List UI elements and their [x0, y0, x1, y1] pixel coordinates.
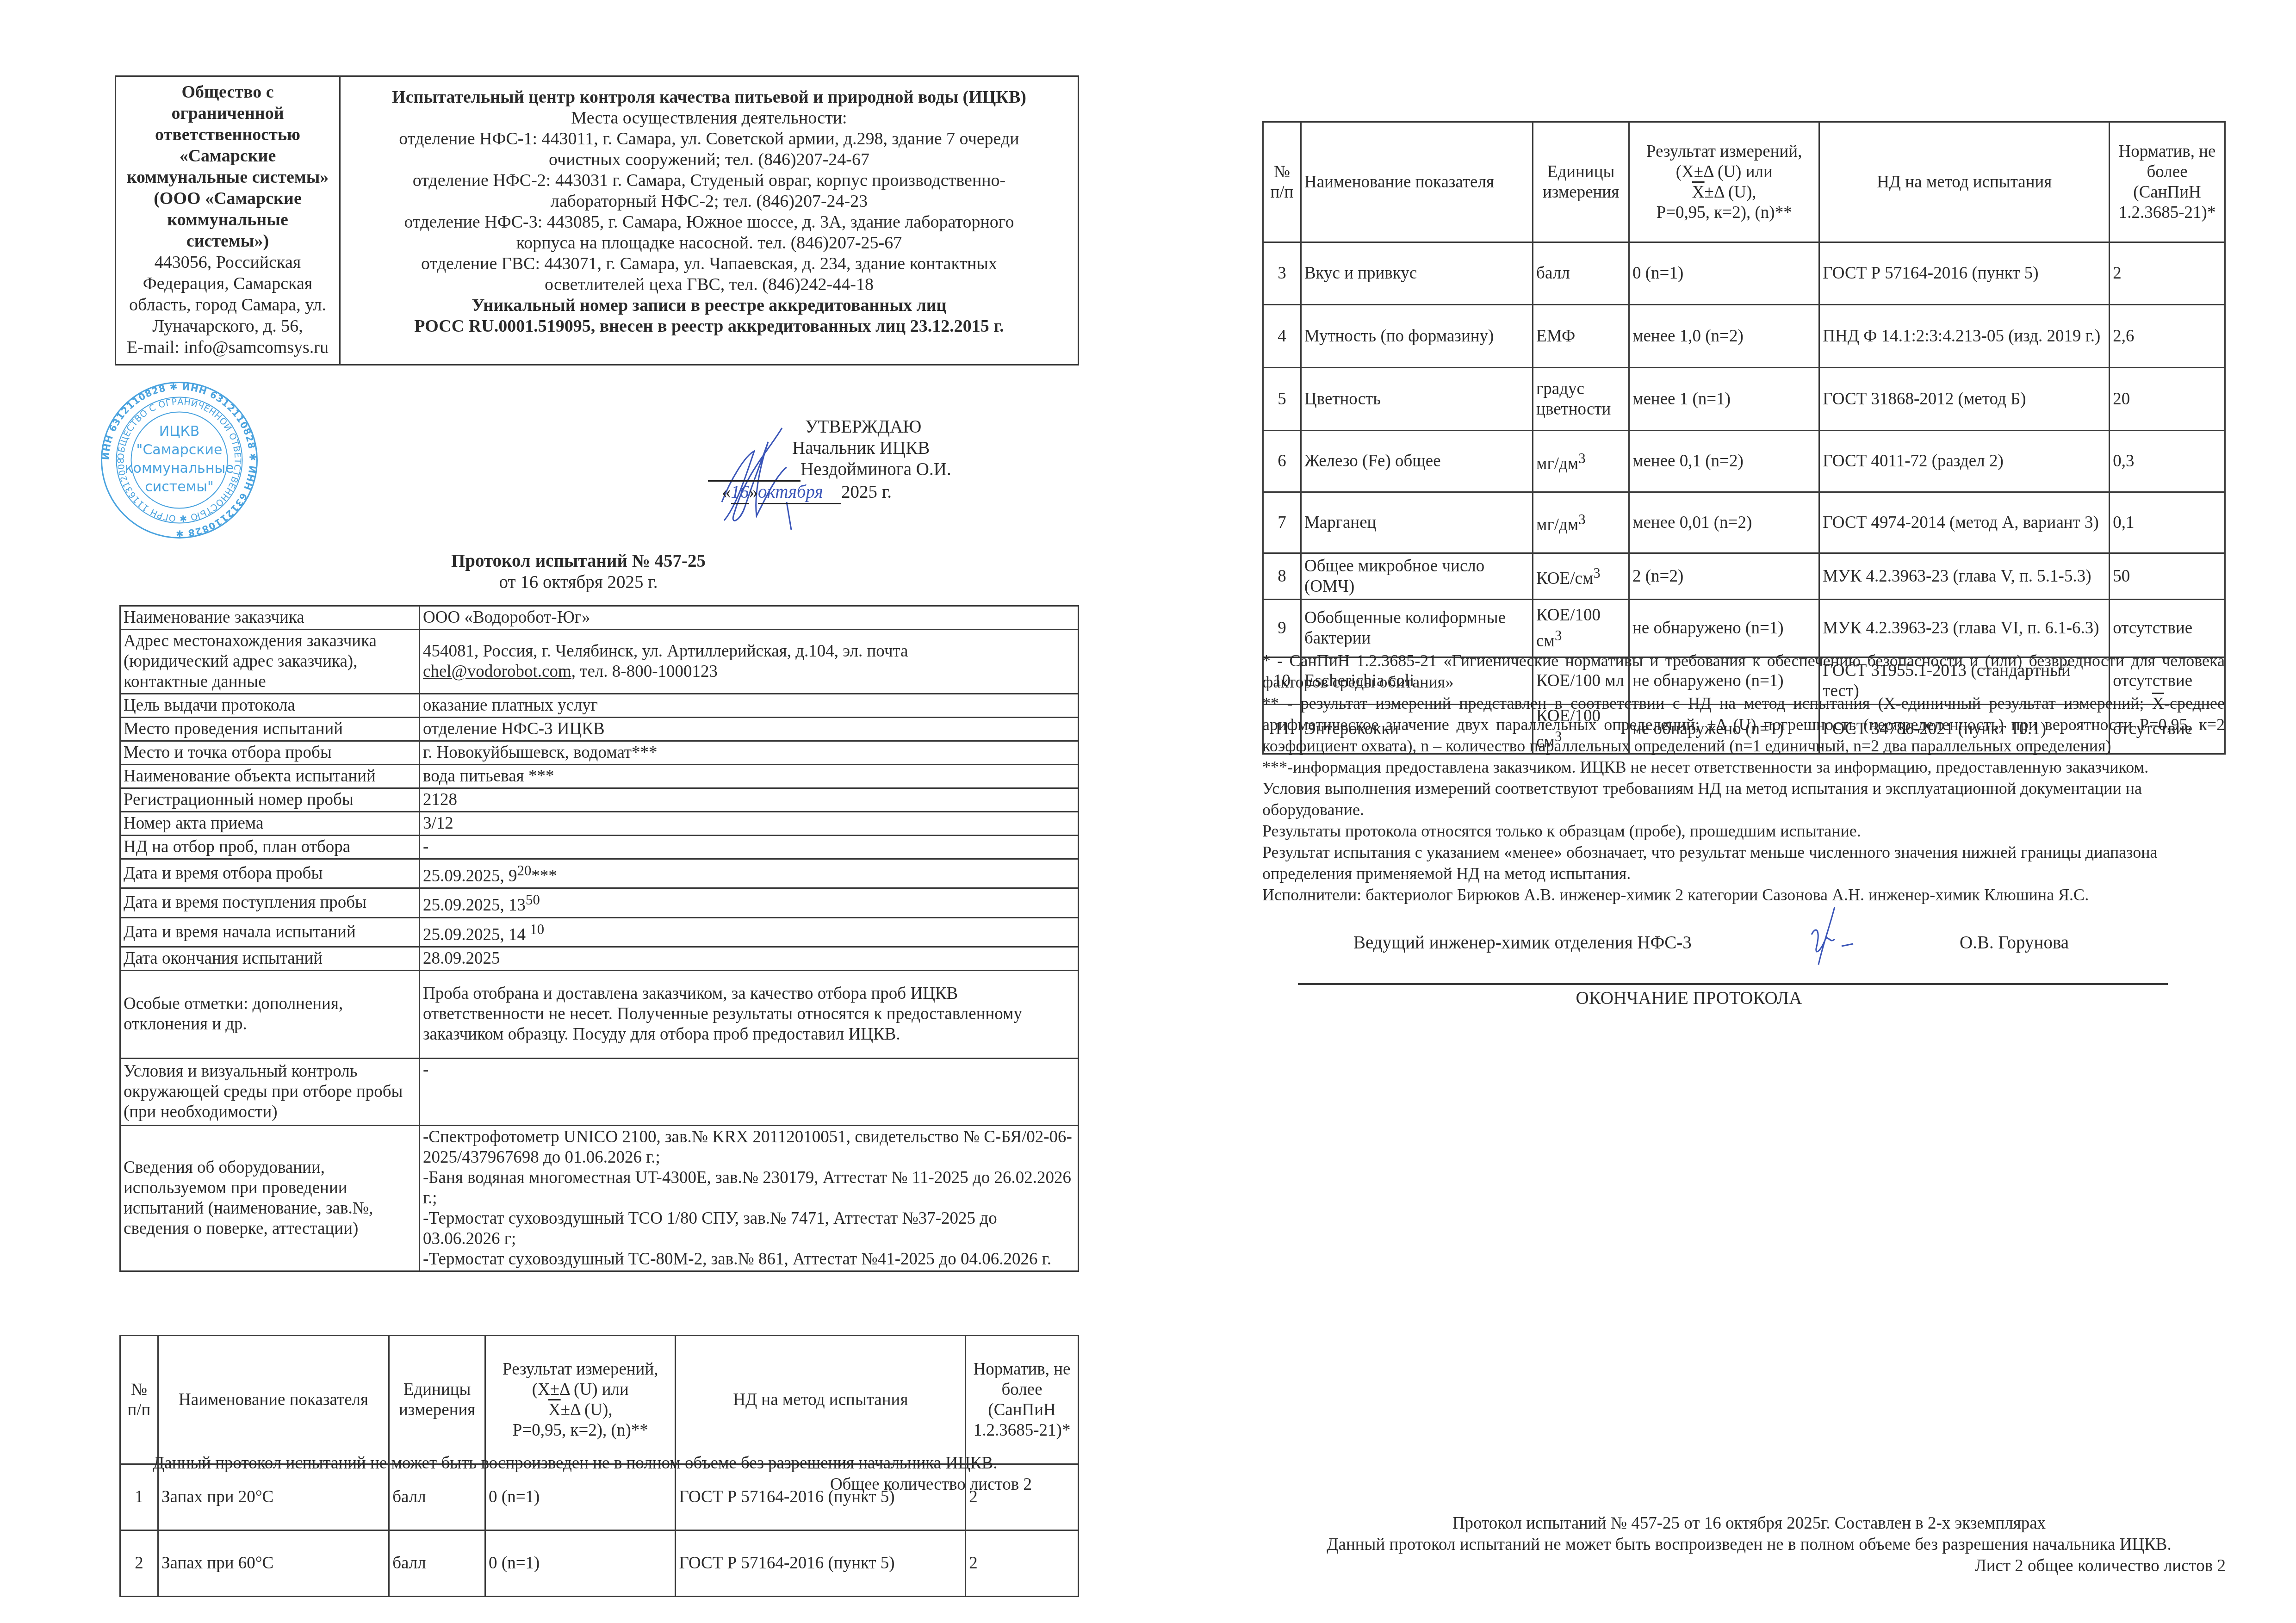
protocol-date: от 16 октября 2025 г. — [324, 572, 833, 593]
org-name-line: ответственностью — [155, 125, 300, 144]
approval-year: 2025 г. — [841, 482, 892, 502]
org-address-line: Федерация, Самарская — [143, 274, 313, 293]
org-address-line: 443056, Российская — [155, 253, 301, 272]
lab-subtitle: Места осуществления деятельности: — [350, 108, 1068, 129]
letterhead-box: Общество с ограниченной ответственностью… — [115, 75, 1079, 365]
equipment-item: -Спектрофотометр UNICO 2100, зав.№ KRX 2… — [423, 1127, 1075, 1168]
signer-name: О.В. Горунова — [1960, 932, 2069, 954]
location-line: осветлителей цеха ГВС, тел. (846)242-44-… — [350, 274, 1068, 295]
table-header-row: № п/п Наименование показателя Единицы из… — [1263, 122, 2225, 242]
note-less-than: Результат испытания с указанием «менее» … — [1262, 842, 2225, 884]
copies-notice: Протокол испытаний № 457-25 от 16 октябр… — [1272, 1513, 2226, 1534]
note-executors: Исполнители: бактериолог Бирюков А.В. ин… — [1262, 884, 2225, 905]
protocol-number: Протокол испытаний № 457-25 — [324, 551, 833, 572]
lab-title: Испытательный центр контроля качества пи… — [350, 87, 1068, 108]
location-line: отделение НФС-2: 443031 г. Самара, Студе… — [350, 170, 1068, 191]
sheet-number: Лист 2 общее количество листов 2 — [1272, 1555, 2226, 1577]
table-row: 7Марганецмг/дм3менее 0,01 (n=2)ГОСТ 4974… — [1263, 492, 2225, 553]
note-conditions: Условия выполнения измерений соответству… — [1262, 778, 2225, 820]
table-row: 3Вкус и привкусбалл0 (n=1)ГОСТ Р 57164-2… — [1263, 242, 2225, 305]
customer-email-link[interactable]: chel@vodorobot.com — [423, 662, 571, 681]
footnote-customer-info: ***-информация предоставлена заказчиком.… — [1262, 756, 2225, 778]
signer-position: Ведущий инженер-химик отделения НФС-3 — [1353, 932, 1692, 954]
end-of-protocol: ОКОНЧАНИЕ ПРОТОКОЛА — [1527, 988, 1851, 1009]
location-line: лабораторный НФС-2; тел. (846)207-24-23 — [350, 191, 1068, 212]
table-row: Дата и время отбора пробы25.09.2025, 920… — [120, 859, 1079, 888]
table-row: Дата окончания испытаний28.09.2025 — [120, 947, 1079, 970]
approval-block: УТВЕРЖДАЮ Начальник ИЦКВ Нездойминога О.… — [787, 416, 1046, 504]
company-stamp-icon: ИНН 6312110828 ✱ ИНН 6312110828 ✱ ИНН 63… — [99, 380, 259, 540]
table-row: Регистрационный номер пробы2128 — [120, 788, 1079, 812]
table-row: Адрес местонахождения заказчика (юридиче… — [120, 630, 1079, 694]
table-row: Условия и визуальный контроль окружающей… — [120, 1058, 1079, 1125]
org-name-line: коммунальные — [167, 210, 288, 229]
table-row: Особые отметки: дополнения, отклонения и… — [120, 970, 1079, 1058]
table-row: Номер акта приема3/12 — [120, 812, 1079, 836]
table-row: Место и точка отбора пробыг. Новокуйбыше… — [120, 741, 1079, 765]
equipment-item: -Баня водяная многоместная UT-4300E, зав… — [423, 1168, 1075, 1208]
equipment-item: -Термостат суховоздушный ТС-80М-2, зав.№… — [423, 1249, 1075, 1270]
table-row: Место проведения испытанийотделение НФС-… — [120, 718, 1079, 741]
org-address-line: область, город Самара, ул. — [129, 295, 326, 315]
table-header-row: № п/п Наименование показателя Единицы из… — [120, 1336, 1079, 1464]
registry-line: Уникальный номер записи в реестре аккред… — [350, 295, 1068, 316]
org-name-line: «Самарские — [180, 146, 276, 166]
table-row: Цель выдачи протоколаоказание платных ус… — [120, 694, 1079, 718]
footnote-sanpin: * - СанПиН 1.2.3685-21 «Гигиенические но… — [1262, 650, 2225, 693]
note-results-scope: Результаты протокола относятся только к … — [1262, 820, 2225, 842]
approver-name: Нездойминога О.И. — [800, 459, 951, 479]
reproduction-notice: Данный протокол испытаний не может быть … — [1272, 1534, 2226, 1555]
location-line: отделение НФС-3: 443085, г. Самара, Южно… — [350, 212, 1068, 233]
sample-info-table: Наименование заказчикаООО «Водоробот-Юг»… — [119, 605, 1079, 1272]
table-row: 4Мутность (по формазину)ЕМФменее 1,0 (n=… — [1263, 305, 2225, 368]
org-email: E-mail: info@samcomsys.ru — [127, 338, 329, 357]
divider — [1298, 983, 2168, 985]
location-line: отделение ГВС: 443071, г. Самара, ул. Ча… — [350, 254, 1068, 274]
table-row: Наименование заказчикаООО «Водоробот-Юг» — [120, 606, 1079, 630]
table-row: 9Обобщенные колиформные бактерииКОЕ/100 … — [1263, 600, 2225, 657]
page2-footer: Протокол испытаний № 457-25 от 16 октябр… — [1272, 1513, 2226, 1577]
lab-info-block: Испытательный центр контроля качества пи… — [341, 77, 1078, 364]
protocol-title: Протокол испытаний № 457-25 от 16 октябр… — [324, 551, 833, 593]
table-row: 2Запах при 60°Cбалл0 (n=1)ГОСТ Р 57164-2… — [120, 1530, 1079, 1597]
approver-position: Начальник ИЦКВ — [787, 438, 1046, 459]
registry-line: РОСС RU.0001.519095, внесен в реестр акк… — [350, 316, 1068, 337]
location-line: корпуса на площадке насосной. тел. (846)… — [350, 233, 1068, 254]
approval-day: 16 — [731, 482, 749, 504]
location-line: очистных сооружений; тел. (846)207-24-67 — [350, 149, 1068, 170]
table-row: Наименование объекта испытанийвода питье… — [120, 765, 1079, 788]
svg-text:системы": системы" — [145, 479, 214, 495]
table-row: Сведения об оборудовании, используемом п… — [120, 1125, 1079, 1271]
org-name-line: ограниченной — [171, 104, 284, 123]
engineer-signature-icon — [1802, 907, 1867, 967]
footnotes: * - СанПиН 1.2.3685-21 «Гигиенические но… — [1262, 650, 2225, 905]
reproduction-notice: Данный протокол испытаний не может быть … — [153, 1453, 1032, 1474]
table-row: Дата и время поступления пробы25.09.2025… — [120, 888, 1079, 917]
location-line: отделение НФС-1: 443011, г. Самара, ул. … — [350, 129, 1068, 149]
org-name-line: (ООО «Самарские — [154, 189, 302, 208]
org-name-line: Общество с — [181, 82, 273, 102]
footnote-measurement: ** - результат измерений представлен в с… — [1262, 693, 2225, 756]
sheet-count: Общее количество листов 2 — [153, 1474, 1032, 1495]
table-row: 8Общее микробное число (ОМЧ)КОЕ/см32 (n=… — [1263, 553, 2225, 600]
svg-text:"Самарские: "Самарские — [137, 442, 223, 458]
page1-footer: Данный протокол испытаний не может быть … — [153, 1453, 1032, 1495]
org-name-line: коммунальные системы» — [127, 167, 329, 187]
org-address-line: Луначарского, д. 56, — [152, 316, 303, 336]
table-row: 6Железо (Fe) общеемг/дм3менее 0,1 (n=2)Г… — [1263, 431, 2225, 492]
equipment-item: -Термостат суховоздушный ТСО 1/80 СПУ, з… — [423, 1208, 1075, 1249]
table-row: НД на отбор проб, план отбора- — [120, 836, 1079, 859]
svg-text:ИЦКВ: ИЦКВ — [159, 423, 200, 440]
approval-date: «16»октября2025 г. — [722, 482, 1046, 504]
svg-text:коммунальные: коммунальные — [124, 460, 234, 477]
approve-label: УТВЕРЖДАЮ — [787, 416, 1046, 438]
organization-block: Общество с ограниченной ответственностью… — [116, 77, 341, 364]
org-name-line: системы») — [186, 231, 269, 251]
table-row: 5Цветностьградус цветностименее 1 (n=1)Г… — [1263, 368, 2225, 431]
table-row: Дата и время начала испытаний25.09.2025,… — [120, 917, 1079, 947]
approval-month: октября — [758, 482, 841, 504]
